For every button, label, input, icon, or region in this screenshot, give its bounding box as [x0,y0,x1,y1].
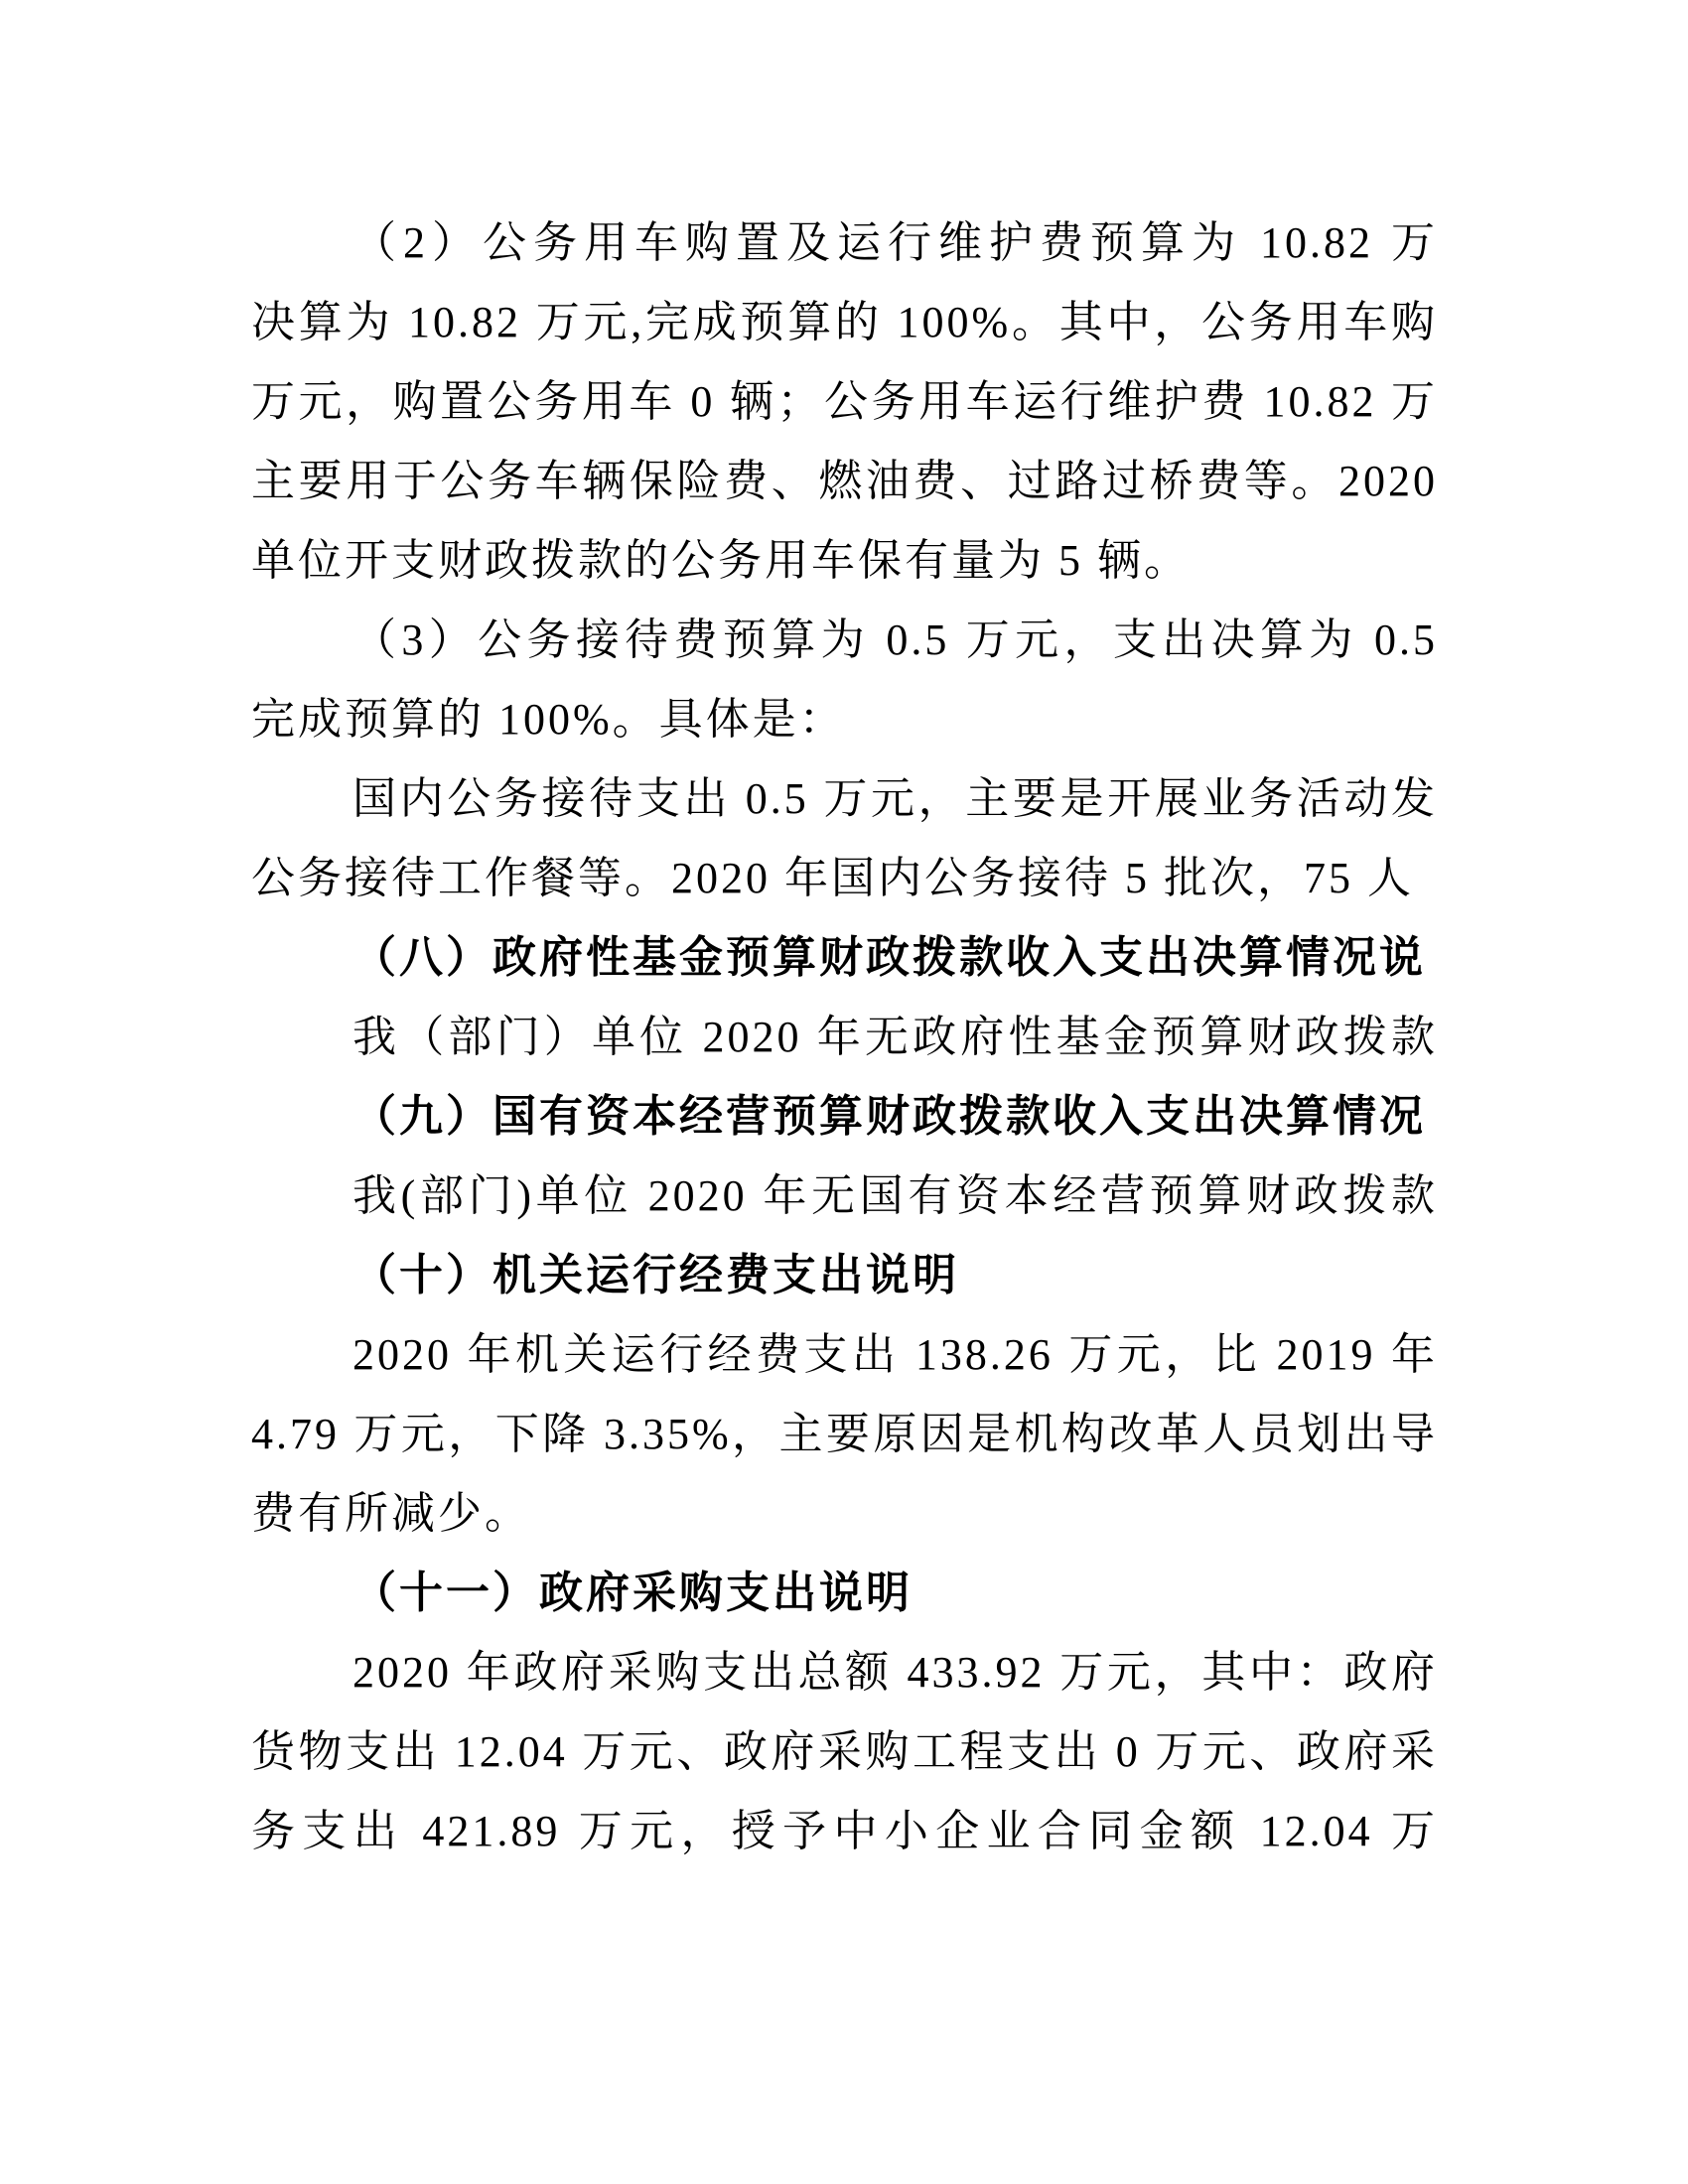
section-heading: （十）机关运行经费支出说明 [251,1236,1438,1315]
body-line: 决算为 10.82 万元,完成预算的 100%。其中，公务用车购置 0 [251,283,1438,362]
body-line: 公务接待工作餐等。2020 年国内公务接待 5 批次，75 人次。 [251,839,1438,918]
section-heading: （八）政府性基金预算财政拨款收入支出决算情况说明 [251,918,1438,998]
body-line: 2020 年政府采购支出总额 433.92 万元，其中：政府采购 [251,1633,1438,1712]
body-line: （2）公务用车购置及运行维护费预算为 10.82 万元，支出 [251,204,1438,283]
body-line: 主要用于公务车辆保险费、燃油费、过路过桥费等。2020 年， [251,442,1438,521]
body-line: 国内公务接待支出 0.5 万元，主要是开展业务活动发生的 [251,759,1438,839]
body-line: 单位开支财政拨款的公务用车保有量为 5 辆。 [251,521,1438,601]
body-line: 货物支出 12.04 万元、政府采购工程支出 0 万元、政府采购服 [251,1712,1438,1792]
section-heading: （十一）政府采购支出说明 [251,1554,1438,1633]
body-line: 务支出 421.89 万元，授予中小企业合同金额 12.04 万元，占政 [251,1792,1438,1871]
body-line: 我（部门）单位 2020 年无政府性基金预算财政拨款收支。 [251,998,1438,1077]
body-line: 我(部门)单位 2020 年无国有资本经营预算财政拨款收支。 [251,1157,1438,1236]
body-line: 2020 年机关运行经费支出 138.26 万元，比 2019 年减少 [251,1315,1438,1395]
section-heading: （九）国有资本经营预算财政拨款收入支出决算情况说明 [251,1077,1438,1157]
body-line: 完成预算的 100%。具体是： [251,680,1438,759]
body-line: 4.79 万元，下降 3.35%，主要原因是机构改革人员划出导致经 [251,1395,1438,1474]
document-text-block: （2）公务用车购置及运行维护费预算为 10.82 万元，支出 决算为 10.82… [251,204,1438,1871]
body-line: 费有所减少。 [251,1474,1438,1554]
body-line: （3）公务接待费预算为 0.5 万元，支出决算为 0.5 万元， [251,601,1438,680]
body-line: 万元，购置公务用车 0 辆；公务用车运行维护费 10.82 万元。 [251,362,1438,442]
document-page: （2）公务用车购置及运行维护费预算为 10.82 万元，支出 决算为 10.82… [0,0,1688,2184]
